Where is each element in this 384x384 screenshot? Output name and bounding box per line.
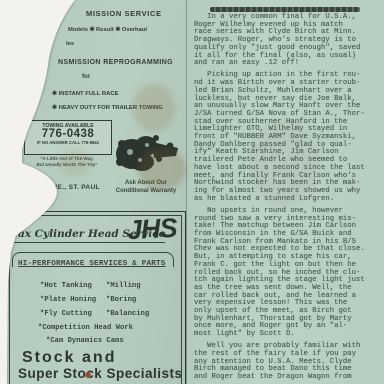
- towing-phone-box: TOWING AVAILABLE 776-0438 IF NO ANSWER C…: [24, 120, 112, 155]
- service-item: *Milling: [106, 282, 141, 290]
- alt-phone-line: IF NO ANSWER CALL 776-9842: [25, 140, 111, 145]
- jhs-logo: JHS: [127, 213, 178, 247]
- jhs-footer-line2: Super Stock Specialists: [18, 366, 183, 381]
- transmission-ad-line3: les: [66, 41, 74, 47]
- transmission-illustration-icon: [112, 126, 180, 180]
- street-address: 218 BATES AVE., ST. PAUL: [9, 184, 100, 191]
- service-item: *Hot Tanking: [40, 282, 92, 290]
- jhs-footer-line1: Stock and: [22, 349, 116, 367]
- article-paragraph-1: In a very common final for U.S.A., Roger…: [194, 14, 384, 68]
- feature-instant-full-race: ✱ INSTANT FULL RACE: [52, 91, 119, 97]
- transmission-ad-title: MISSION SERVICE: [86, 9, 162, 18]
- article-paragraph-4: Well you are probably familiar with the …: [194, 343, 384, 382]
- ad-quote: "A Little Out of The Way, But Usually Wo…: [24, 156, 110, 168]
- reprogramming-heading: NSMISSION REPROGRAMMING: [58, 59, 173, 66]
- jhs-subtitle: HI-PERFORMANCE SERVICES & PARTS: [18, 260, 165, 268]
- jhs-ad-box: Jax Cylinder Head Service JHS HI-PERFORM…: [5, 211, 186, 384]
- feature-trailer-towing: ✱ HEAVY DUTY FOR TRAILER TOWING: [52, 105, 163, 111]
- service-item: *Fly Cutting: [40, 310, 92, 318]
- phone-number: 776-0438: [25, 129, 111, 140]
- scanned-newsletter-page: MISSION SERVICE Models ✱ Result ✱ Overha…: [0, 0, 384, 384]
- service-item: *Boring: [106, 296, 136, 304]
- warranty-note: Ask About Our Conditional Warranty: [108, 180, 184, 195]
- reprogramming-for: for: [82, 73, 90, 80]
- service-item: *Balancing: [106, 310, 149, 318]
- article-paragraph-3: No upsets in round one, however round tw…: [194, 208, 384, 339]
- service-item: *Plate Honing: [40, 296, 96, 304]
- article-paragraph-2: Picking up action in the first rou- nd i…: [194, 72, 384, 203]
- article-column: In a very common final for U.S.A., Roger…: [194, 14, 384, 384]
- transmission-ad-bullets: Models ✱ Result ✱ Overhaul: [68, 27, 147, 33]
- typed-divider-rule: [210, 7, 360, 12]
- service-item: *Competition Head Work: [38, 324, 133, 332]
- service-item: *Cam Dynamics Cams: [46, 337, 124, 345]
